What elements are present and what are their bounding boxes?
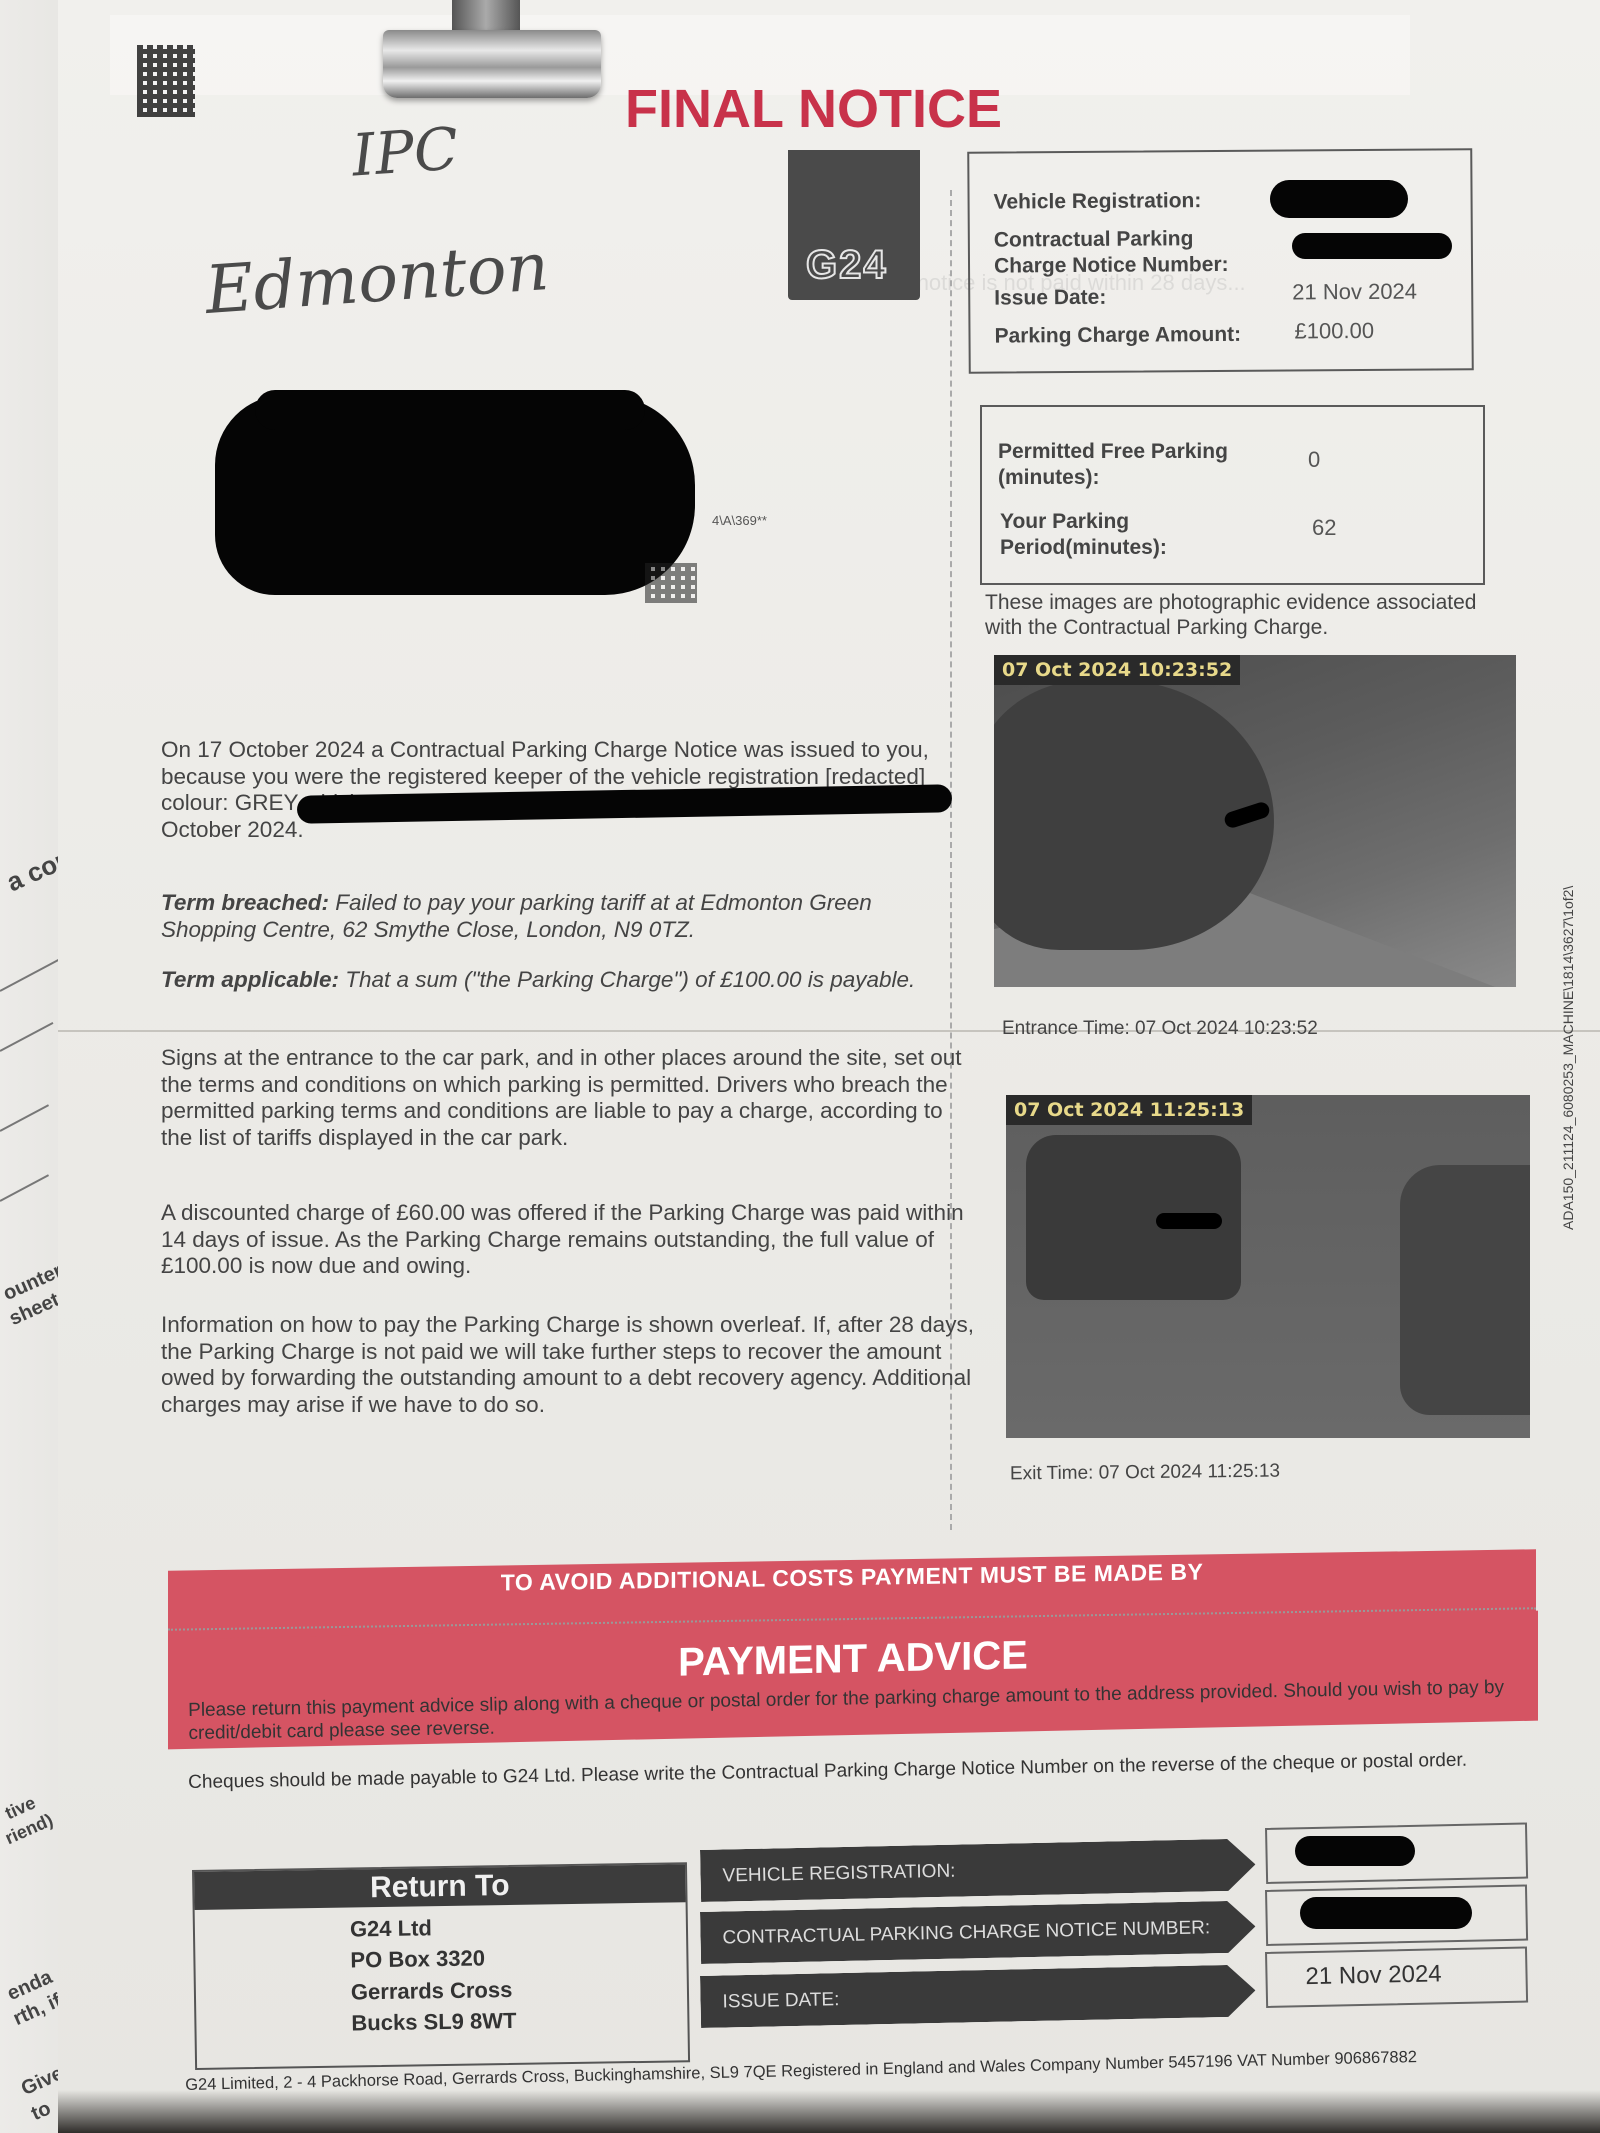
exit-time: Exit Time: 07 Oct 2024 11:25:13 bbox=[1010, 1461, 1280, 1486]
redacted-vehicle-registration bbox=[1270, 180, 1408, 218]
photo-timestamp: 07 Oct 2024 11:25:13 bbox=[1006, 1095, 1252, 1125]
parking-period-box: Permitted Free Parking (minutes): 0 Your… bbox=[980, 405, 1485, 585]
term-applicable-label: Term applicable: bbox=[161, 967, 339, 992]
binder-clip bbox=[383, 30, 601, 98]
page-title: FINAL NOTICE bbox=[625, 78, 1002, 140]
address-line: G24 Ltd bbox=[350, 1908, 686, 1945]
evidence-caption: These images are photographic evidence a… bbox=[985, 590, 1485, 640]
term-applicable: Term applicable: That a sum ("the Parkin… bbox=[161, 967, 921, 994]
exit-photo: 07 Oct 2024 11:25:13 bbox=[1006, 1095, 1530, 1438]
redacted-address bbox=[255, 390, 645, 430]
entrance-time: Entrance Time: 07 Oct 2024 10:23:52 bbox=[1002, 1018, 1318, 1040]
issue-date-field: 21 Nov 2024 bbox=[1265, 1947, 1528, 2008]
handwritten-note: IPC bbox=[350, 114, 461, 189]
address-line: Gerrards Cross bbox=[351, 1971, 687, 2008]
issue-date-label: Issue Date: bbox=[994, 285, 1106, 311]
address-line: PO Box 3320 bbox=[350, 1940, 686, 1977]
redacted-plate bbox=[1156, 1213, 1222, 1229]
term-breached: Term breached: Failed to pay your parkin… bbox=[161, 890, 951, 943]
photo-timestamp: 07 Oct 2024 10:23:52 bbox=[994, 655, 1240, 685]
entrance-photo: 07 Oct 2024 10:23:52 bbox=[994, 655, 1516, 987]
issue-date-value: 21 Nov 2024 bbox=[1292, 279, 1417, 306]
g24-logo: G24 bbox=[788, 150, 920, 300]
term-applicable-text: That a sum ("the Parking Charge") of £10… bbox=[345, 967, 915, 992]
signs-paragraph: Signs at the entrance to the car park, a… bbox=[161, 1045, 971, 1151]
return-address-box: Return To G24 Ltd PO Box 3320 Gerrards C… bbox=[192, 1862, 690, 2070]
redacted-pcn-number bbox=[1292, 233, 1452, 259]
payment-info-paragraph: Information on how to pay the Parking Ch… bbox=[161, 1312, 986, 1418]
address-line: Bucks SL9 8WT bbox=[351, 2003, 687, 2040]
term-breached-label: Term breached: bbox=[161, 890, 329, 915]
return-address: G24 Ltd PO Box 3320 Gerrards Cross Bucks… bbox=[195, 1902, 688, 2042]
datamatrix-code-icon bbox=[645, 563, 697, 603]
redacted-pcn-number bbox=[1300, 1897, 1472, 1929]
free-parking-label: Permitted Free Parking (minutes): bbox=[998, 439, 1258, 490]
parking-period-label: Your Parking Period(minutes): bbox=[1000, 509, 1200, 560]
charge-amount-value: £100.00 bbox=[1294, 318, 1374, 345]
parking-period-value: 62 bbox=[1312, 515, 1336, 541]
document-reference: ADA150_211124_6080253_MACHINE\1814\3627\… bbox=[1560, 886, 1576, 1230]
free-parking-value: 0 bbox=[1308, 447, 1320, 473]
other-vehicle-image bbox=[1400, 1165, 1530, 1415]
logo-text: G24 bbox=[806, 243, 888, 288]
redacted-vehicle-registration bbox=[1295, 1836, 1415, 1866]
paper-fold bbox=[58, 1030, 1600, 1032]
background-shadow bbox=[58, 2090, 1600, 2133]
vehicle-registration-label: Vehicle Registration: bbox=[993, 188, 1201, 215]
pcn-number-label: Contractual Parking Charge Notice Number… bbox=[994, 226, 1254, 279]
datamatrix-code-icon bbox=[137, 45, 195, 117]
discount-paragraph: A discounted charge of £60.00 was offere… bbox=[161, 1200, 976, 1280]
mailing-reference: 4\A\369** bbox=[712, 513, 767, 528]
charge-amount-label: Parking Charge Amount: bbox=[994, 322, 1241, 349]
